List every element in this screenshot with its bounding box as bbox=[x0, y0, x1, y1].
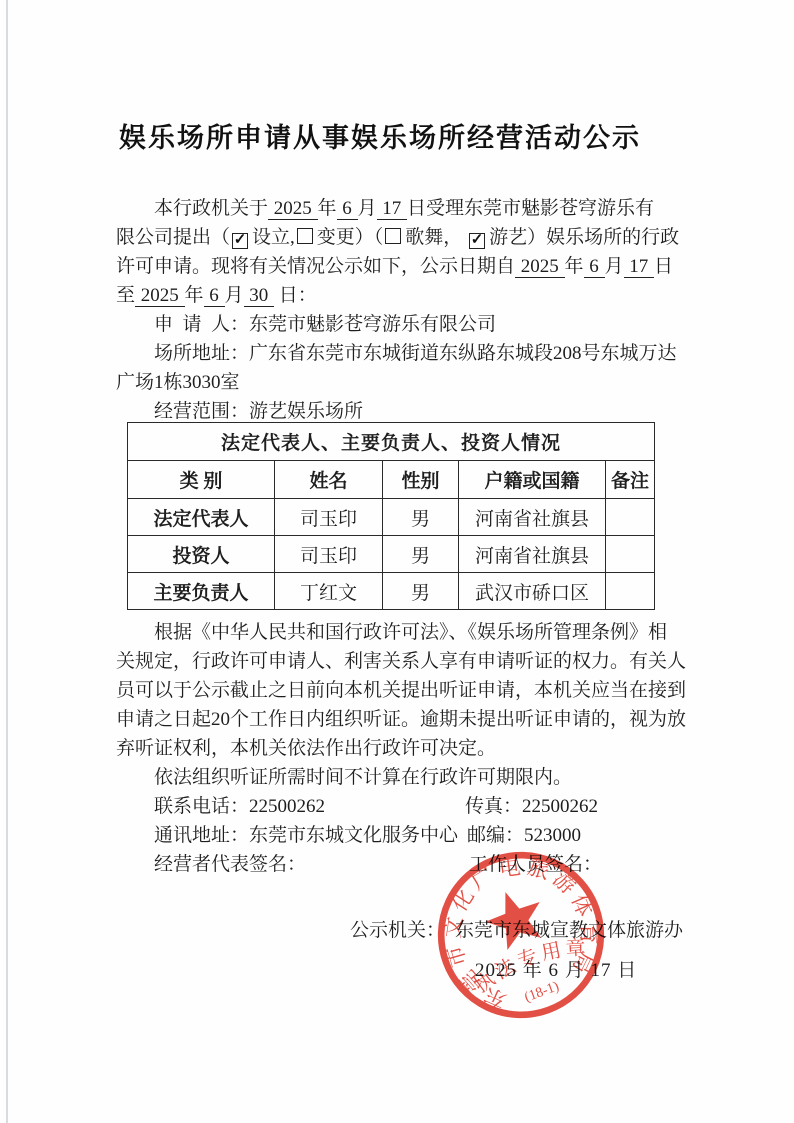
official-seal: 东莞市文化广电旅游体育局 执法专用章 (18-1) bbox=[426, 840, 616, 1030]
seal-star-icon bbox=[478, 882, 551, 953]
document-page: 娱乐场所申请从事娱乐场所经营活动公示 本行政机关于 2025 年 6 月 17 … bbox=[0, 0, 794, 1123]
seal-code-text: (18-1) bbox=[522, 978, 561, 1005]
footer-block: 公示机关：东莞市东城宣教文体旅游办2025 年 6 月 17 日 bbox=[0, 0, 794, 1123]
